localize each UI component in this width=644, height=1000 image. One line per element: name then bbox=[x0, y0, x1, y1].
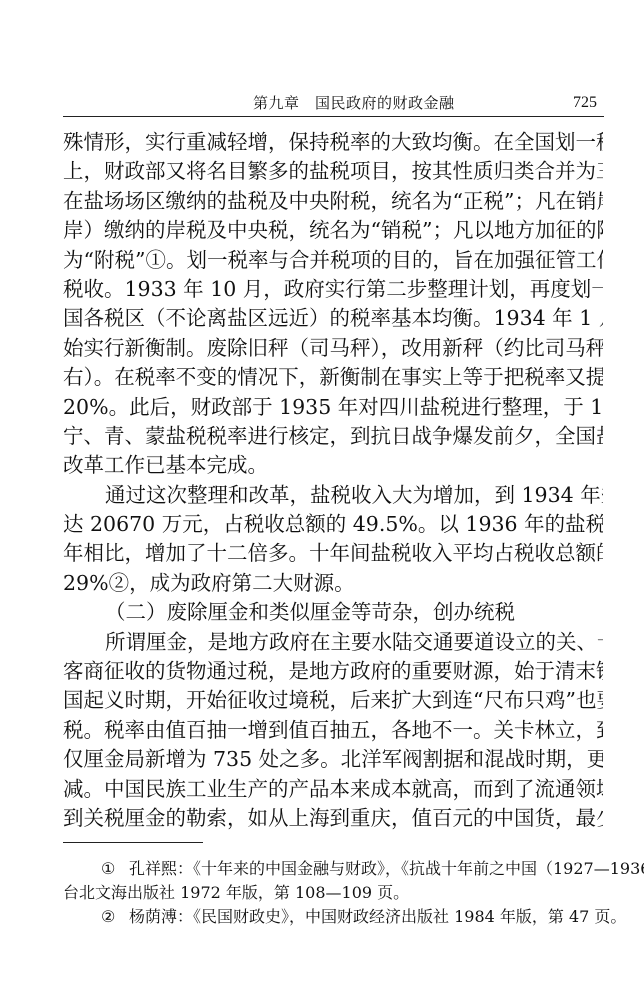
text-line: 税收。1933 年 10 月，政府实行第二步整理计划，再度划一税率，使全 bbox=[63, 275, 603, 304]
paragraph-start: 所谓厘金，是地方政府在主要水陆交通要道设立的关、卡，向过往 bbox=[63, 628, 603, 657]
text-line: 达 20670 万元，占税收总额的 49.5%。以 1936 年的盐税收入同 1… bbox=[63, 510, 603, 539]
text-line: 税。税率由值百抽一增到值百抽五，各地不一。关卡林立，到民国元年 bbox=[63, 716, 603, 745]
text-line: 国起义时期，开始征收过境税，后来扩大到连“尺布只鸡”也要征收过境 bbox=[63, 686, 603, 715]
text-line: 殊情形，实行重减轻增，保持税率的大致均衡。在全国划一税率的基础 bbox=[63, 128, 603, 157]
paragraph-start: 通过这次整理和改革，盐税收入大为增加，到 1934 年盐税收入已 bbox=[63, 481, 603, 510]
text-line: 在盐场场区缴纳的盐税及中央附税，统名为“正税”；凡在销岸（或称引 bbox=[63, 187, 603, 216]
footnotes: ①孔祥熙：《十年来的中国金融与财政》，《抗战十年前之中国（1927—1936）》… bbox=[63, 857, 603, 929]
chapter-title: 第九章 国民政府的财政金融 bbox=[253, 92, 455, 114]
body-text: 殊情形，实行重减轻增，保持税率的大致均衡。在全国划一税率的基础 上，财政部又将名… bbox=[63, 128, 603, 833]
text-line: 始实行新衡制。废除旧秤（司马秤），改用新秤（约比司马秤小二成左 bbox=[63, 334, 603, 363]
text-line: 20%。此后，财政部于 1935 年对四川盐税进行整理，于 1936 年对甘、 bbox=[63, 393, 603, 422]
text-line: 减。中国民族工业生产的产品本来成本就高，而到了流通领域，又要受 bbox=[63, 775, 603, 804]
text-line: 为“附税”①。划一税率与合并税项的目的，旨在加强征管工作与增加 bbox=[63, 246, 603, 275]
text-line: 上，财政部又将名目繁多的盐税项目，按其性质归类合并为三种，即：凡 bbox=[63, 157, 603, 186]
page-number: 725 bbox=[573, 92, 597, 114]
text-line: 年相比，增加了十二倍多。十年间盐税收入平均占税收总额的 bbox=[63, 539, 603, 568]
footnote-1-continued: 台北文海出版社 1972 年版，第 108—109 页。 bbox=[63, 881, 603, 905]
text-line: 客商征收的货物通过税，是地方政府的重要财源，始于清末镇压太平天 bbox=[63, 657, 603, 686]
text-line: 到关税厘金的勒索，如从上海到重庆，值百元的中国货，最少要经过五 bbox=[63, 804, 603, 833]
text-line: 宁、青、蒙盐税税率进行核定，到抗日战争爆发前夕，全国盐税的整理与 bbox=[63, 422, 603, 451]
book-page: 第九章 国民政府的财政金融 725 殊情形，实行重减轻增，保持税率的大致均衡。在… bbox=[0, 0, 644, 1000]
text-line: 岸）缴纳的岸税及中央税，统名为“销税”；凡以地方加征的附税，统名之 bbox=[63, 216, 603, 245]
running-header: 第九章 国民政府的财政金融 725 bbox=[63, 92, 603, 114]
footnote-text: 台北文海出版社 1972 年版，第 108—109 页。 bbox=[63, 883, 409, 902]
section-heading: （二）废除厘金和类似厘金等苛杂，创办统税 bbox=[63, 598, 603, 627]
text-line: 国各税区（不论离盐区远近）的税率基本均衡。1934 年 1 月，财政部开 bbox=[63, 304, 603, 333]
footnote-text: 孔祥熙：《十年来的中国金融与财政》，《抗战十年前之中国（1927—1936）》， bbox=[129, 859, 644, 878]
text-line: 29%②，成为政府第二大财源。 bbox=[63, 569, 603, 598]
footnote-marker: ② bbox=[101, 905, 129, 929]
text-line: 右）。在税率不变的情况下，新衡制在事实上等于把税率又提高了 bbox=[63, 363, 603, 392]
footnote-text: 杨荫溥：《民国财政史》，中国财政经济出版社 1984 年版，第 47 页。 bbox=[129, 907, 626, 926]
header-rule bbox=[63, 116, 604, 117]
footnote-1: ①孔祥熙：《十年来的中国金融与财政》，《抗战十年前之中国（1927—1936）》… bbox=[63, 857, 603, 881]
footnote-2: ②杨荫溥：《民国财政史》，中国财政经济出版社 1984 年版，第 47 页。 bbox=[63, 905, 603, 929]
footnote-rule bbox=[63, 842, 203, 843]
text-line: 仅厘金局新增为 735 处之多。北洋军阀割据和混战时期，更是有增无 bbox=[63, 745, 603, 774]
text-line: 改革工作已基本完成。 bbox=[63, 451, 603, 480]
footnote-marker: ① bbox=[101, 857, 129, 881]
